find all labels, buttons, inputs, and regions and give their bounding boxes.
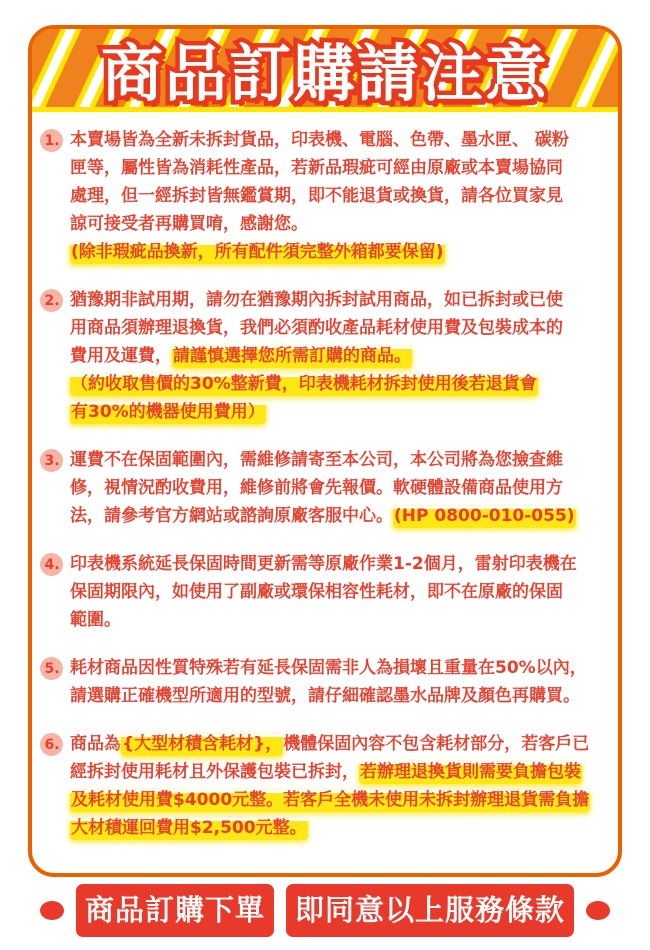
- text-line: 修，視情況酌收費用，維修前將會先報價。軟硬體設備商品使用方: [70, 474, 576, 502]
- text-line: 經拆封使用耗材且外保護包裝已拆封，若辦理退換貨則需要負擔包裝: [70, 758, 590, 786]
- text-line: 耗材商品因性質特殊若有延長保固需非人為損壞且重量在50%以內，: [70, 654, 587, 682]
- notice-item: 1.本賣場皆為全新未拆封貨品，印表機、電腦、色帶、墨水匣、 碳粉匣等，屬性皆為消…: [40, 126, 610, 266]
- text-segment: 商品為: [70, 734, 121, 754]
- item-number-badge: 5.: [40, 657, 63, 680]
- item-number-badge: 4.: [40, 553, 63, 576]
- text-line: （約收取售價的30%整新費，印表機耗材拆封使用後若退貨會: [70, 370, 563, 398]
- text-line: 法，請參考官方網站或諮詢原廠客服中心。(HP 0800-010-055): [70, 502, 576, 530]
- text-segment: 匣等，屬性皆為消耗性產品，若新品瑕疵可經由原廠或本賣場協同: [70, 158, 563, 178]
- text-segment: 印表機系統延長保固時間更新需等原廠作業1-2個月，雷射印表機在: [70, 554, 577, 574]
- text-segment: 用商品須辦理退換貨，我們必須酌收產品耗材使用費及包裝成本的: [70, 318, 563, 338]
- text-line: 匣等，屬性皆為消耗性產品，若新品瑕疵可經由原廠或本賣場協同: [70, 154, 569, 182]
- highlighted-text: (除非瑕疵品換新，所有配件須完整外箱都要保留): [70, 242, 445, 264]
- text-segment: 諒可接受者再購買唷，感謝您。: [70, 214, 308, 234]
- text-line: 用商品須辦理退換貨，我們必須酌收產品耗材使用費及包裝成本的: [70, 314, 563, 342]
- text-line: 商品為{大型材積含耗材}，機體保固內容不包含耗材部分，若客戶已: [70, 730, 590, 758]
- notice-item: 4.印表機系統延長保固時間更新需等原廠作業1-2個月，雷射印表機在保固期限內，如…: [40, 550, 610, 634]
- highlighted-text: 若辦理退換貨則需要負擔包裝: [359, 762, 582, 784]
- text-line: 處理，但一經拆封皆無鑑賞期，即不能退貨或換貨，請各位買家見: [70, 182, 569, 210]
- highlighted-text: 有30%的機器使用費用）: [70, 402, 266, 424]
- footer-order-label: 商品訂購下單: [76, 884, 274, 937]
- text-segment: 費用及運費，: [70, 346, 172, 366]
- text-segment: 耗材商品因性質特殊若有延長保固需非人為損壞且重量在50%以內，: [70, 658, 587, 678]
- page-title: 商品訂購請注意: [101, 25, 549, 113]
- highlighted-text: 及耗材使用費$4000元整。若客戶全機未使用未拆封辦理退貨需負擔: [70, 790, 590, 812]
- notice-item: 5.耗材商品因性質特殊若有延長保固需非人為損壞且重量在50%以內，請選購正確機型…: [40, 654, 610, 710]
- text-line: (除非瑕疵品換新，所有配件須完整外箱都要保留): [70, 238, 569, 266]
- item-number-badge: 3.: [40, 449, 63, 472]
- text-segment: 修，視情況酌收費用，維修前將會先報價。軟硬體設備商品使用方: [70, 478, 563, 498]
- notice-item: 6.商品為{大型材積含耗材}，機體保固內容不包含耗材部分，若客戶已經拆封使用耗材…: [40, 730, 610, 842]
- footer: 商品訂購下單 即同意以上服務條款: [0, 884, 650, 937]
- text-line: 費用及運費，請謹慎選擇您所需訂購的商品。: [70, 342, 563, 370]
- item-text: 耗材商品因性質特殊若有延長保固需非人為損壞且重量在50%以內，請選購正確機型所適…: [70, 654, 587, 710]
- item-number-badge: 2.: [40, 289, 63, 312]
- item-text: 商品為{大型材積含耗材}，機體保固內容不包含耗材部分，若客戶已經拆封使用耗材且外…: [70, 730, 590, 842]
- highlighted-text: {大型材積含耗材}，: [121, 734, 283, 756]
- text-segment: 經拆封使用耗材且外保護包裝已拆封，: [70, 762, 359, 782]
- text-segment: 處理，但一經拆封皆無鑑賞期，即不能退貨或換貨，請各位買家見: [70, 186, 563, 206]
- notice-item: 3.運費不在保固範圍內，需維修請寄至本公司，本公司將為您撿查維修，視情況酌收費用…: [40, 446, 610, 530]
- text-line: 諒可接受者再購買唷，感謝您。: [70, 210, 569, 238]
- item-number-badge: 1.: [40, 129, 63, 152]
- notice-item: 2.猶豫期非試用期，請勿在猶豫期內拆封試用商品，如已拆封或已使用商品須辦理退換貨…: [40, 286, 610, 426]
- text-line: 範圍。: [70, 606, 577, 634]
- footer-agree-label: 即同意以上服務條款: [286, 884, 574, 937]
- item-text: 運費不在保固範圍內，需維修請寄至本公司，本公司將為您撿查維修，視情況酌收費用，維…: [70, 446, 576, 530]
- text-segment: 範圍。: [70, 610, 121, 630]
- text-segment: 機體保固內容不包含耗材部分，若客戶已: [283, 734, 589, 754]
- text-segment: 保固期限內，如使用了副廠或環保相容性耗材，即不在原廠的保固: [70, 582, 563, 602]
- right-dot-icon: [586, 901, 610, 920]
- text-line: 保固期限內，如使用了副廠或環保相容性耗材，即不在原廠的保固: [70, 578, 577, 606]
- text-line: 及耗材使用費$4000元整。若客戶全機未使用未拆封辦理退貨需負擔: [70, 786, 590, 814]
- notice-list: 1.本賣場皆為全新未拆封貨品，印表機、電腦、色帶、墨水匣、 碳粉匣等，屬性皆為消…: [32, 112, 618, 842]
- text-segment: 猶豫期非試用期，請勿在猶豫期內拆封試用商品，如已拆封或已使: [70, 290, 563, 310]
- text-line: 印表機系統延長保固時間更新需等原廠作業1-2個月，雷射印表機在: [70, 550, 577, 578]
- text-segment: 請選購正確機型所適用的型號，請仔細確認墨水品牌及顏色再購買。: [70, 686, 580, 706]
- highlighted-text: (HP 0800-010-055): [393, 506, 576, 528]
- item-text: 印表機系統延長保固時間更新需等原廠作業1-2個月，雷射印表機在保固期限內，如使用…: [70, 550, 577, 634]
- header-banner: 商品訂購請注意: [32, 29, 618, 112]
- item-text: 本賣場皆為全新未拆封貨品，印表機、電腦、色帶、墨水匣、 碳粉匣等，屬性皆為消耗性…: [70, 126, 569, 266]
- highlighted-text: 請謹慎選擇您所需訂購的商品。: [172, 346, 412, 368]
- left-dot-icon: [40, 901, 64, 920]
- text-line: 運費不在保固範圍內，需維修請寄至本公司，本公司將為您撿查維: [70, 446, 576, 474]
- text-line: 大材積運回費用$2,500元整。: [70, 814, 590, 842]
- text-line: 請選購正確機型所適用的型號，請仔細確認墨水品牌及顏色再購買。: [70, 682, 587, 710]
- highlighted-text: 大材積運回費用$2,500元整。: [70, 818, 308, 840]
- text-line: 本賣場皆為全新未拆封貨品，印表機、電腦、色帶、墨水匣、 碳粉: [70, 126, 569, 154]
- text-segment: 運費不在保固範圍內，需維修請寄至本公司，本公司將為您撿查維: [70, 450, 563, 470]
- item-text: 猶豫期非試用期，請勿在猶豫期內拆封試用商品，如已拆封或已使用商品須辦理退換貨，我…: [70, 286, 563, 426]
- text-line: 猶豫期非試用期，請勿在猶豫期內拆封試用商品，如已拆封或已使: [70, 286, 563, 314]
- text-segment: 法，請參考官方網站或諮詢原廠客服中心。: [70, 506, 393, 526]
- item-number-badge: 6.: [40, 733, 63, 756]
- highlighted-text: （約收取售價的30%整新費，印表機耗材拆封使用後若退貨會: [70, 374, 538, 396]
- notice-panel: 商品訂購請注意 1.本賣場皆為全新未拆封貨品，印表機、電腦、色帶、墨水匣、 碳粉…: [28, 25, 622, 877]
- text-line: 有30%的機器使用費用）: [70, 398, 563, 426]
- text-segment: 本賣場皆為全新未拆封貨品，印表機、電腦、色帶、墨水匣、 碳粉: [70, 130, 569, 150]
